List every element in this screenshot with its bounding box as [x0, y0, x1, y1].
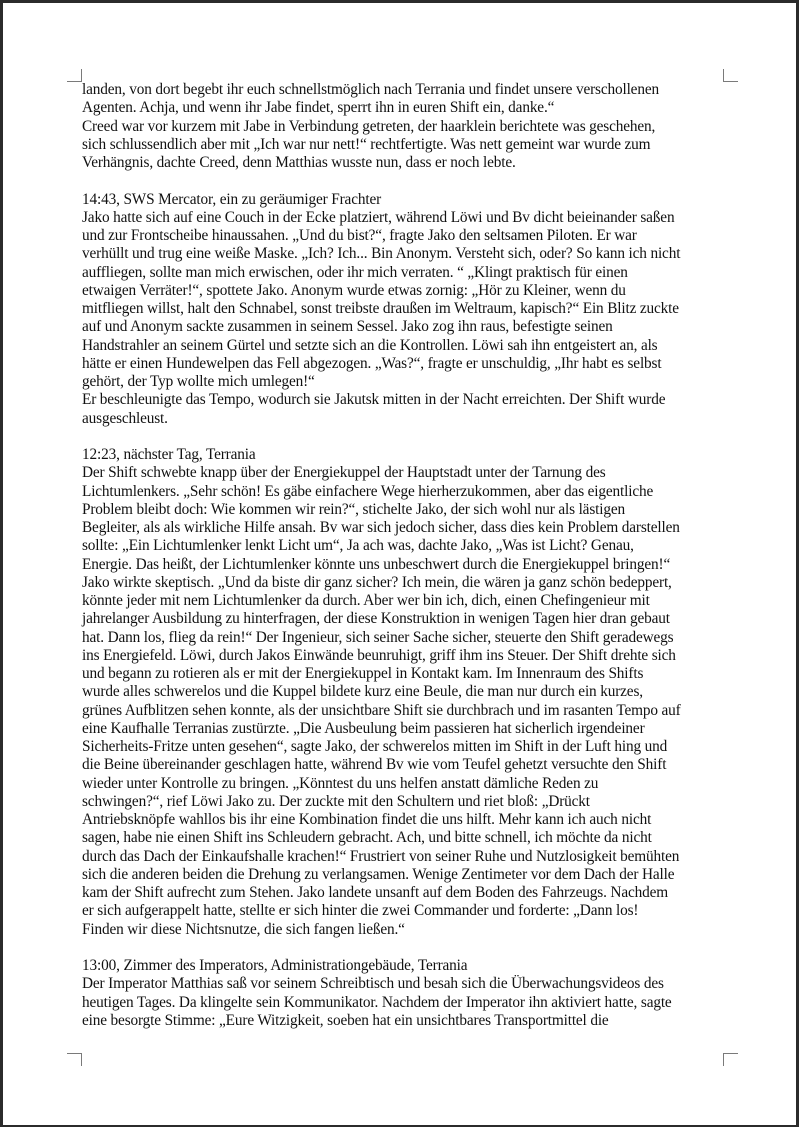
text-line: mitfliegen willst, halt den Schnabel, so…	[82, 300, 732, 318]
text-line: eine besorgte Stimme: „Eure Witzigkeit, …	[82, 1012, 732, 1030]
scene-heading: 14:43, SWS Mercator, ein zu geräumiger F…	[82, 191, 732, 209]
text-line: 12:23, nächster Tag, Terrania	[82, 446, 732, 464]
text-line: und zur Frontscheibe hinaussahen. „Und d…	[82, 227, 732, 245]
text-line: eine Kaufhalle Terranias zustürzte. „Die…	[82, 720, 732, 738]
text-line: Jako hatte sich auf eine Couch in der Ec…	[82, 209, 732, 227]
text-line: hat. Dann los, flieg da rein!“ Der Ingen…	[82, 629, 732, 647]
text-line: heutigen Tages. Da klingelte sein Kommun…	[82, 994, 732, 1012]
paragraph: Creed war vor kurzem mit Jabe in Verbind…	[82, 118, 732, 173]
text-line: jahrelanger Ausbildung zu hinterfragen, …	[82, 610, 732, 628]
paragraph-spacer	[82, 939, 732, 957]
text-line: auf und Anonym sackte zusammen in seinem…	[82, 318, 732, 336]
text-line: grünes Aufblitzen sehen konnte, als der …	[82, 702, 732, 720]
paragraph: landen, von dort begebt ihr euch schnell…	[82, 81, 732, 118]
text-line: schwingen?“, rief Löwi Jako zu. Der zuck…	[82, 793, 732, 811]
text-line: Der Imperator Matthias saß vor seinem Sc…	[82, 975, 732, 993]
text-line: er sich aufgerappelt hatte, stellte er s…	[82, 902, 732, 920]
paragraph: Er beschleunigte das Tempo, wodurch sie …	[82, 391, 732, 428]
text-line: wurde alles schwerelos und die Kuppel bi…	[82, 683, 732, 701]
text-line: Handstrahler an seinem Gürtel und setzte…	[82, 337, 732, 355]
text-line: etwaigen Verräter!“, spottete Jako. Anon…	[82, 282, 732, 300]
text-line: ins Energiefeld. Löwi, durch Jakos Einwä…	[82, 647, 732, 665]
text-line: Problem bleibt doch: Wie kommen wir rein…	[82, 501, 732, 519]
text-line: 14:43, SWS Mercator, ein zu geräumiger F…	[82, 191, 732, 209]
text-line: gehört, der Typ wollte mich umlegen!“	[82, 373, 732, 391]
paragraph: Der Imperator Matthias saß vor seinem Sc…	[82, 975, 732, 1030]
text-line: verhüllt und trug eine weiße Maske. „Ich…	[82, 245, 732, 263]
scene-heading: 13:00, Zimmer des Imperators, Administra…	[82, 957, 732, 975]
text-line: 13:00, Zimmer des Imperators, Administra…	[82, 957, 732, 975]
paragraph: Jako hatte sich auf eine Couch in der Ec…	[82, 209, 732, 392]
text-line: durch das Dach der Einkaufshalle krachen…	[82, 848, 732, 866]
margin-corner-mark-bottom-left	[67, 1053, 82, 1066]
text-line: Finden wir diese Nichtsnutze, die sich f…	[82, 921, 732, 939]
text-line: und begann zu rotieren als er mit der En…	[82, 665, 732, 683]
text-line: könnte jeder mit nem Lichtumlenker da du…	[82, 592, 732, 610]
text-line: Begleiter, als als wirkliche Hilfe ansah…	[82, 519, 732, 537]
text-line: Creed war vor kurzem mit Jabe in Verbind…	[82, 118, 732, 136]
margin-corner-mark-top-left	[67, 69, 82, 82]
text-line: Lichtumlenkers. „Sehr schön! Es gäbe ein…	[82, 483, 732, 501]
text-line: auffliegen, sollte man mich erwischen, o…	[82, 264, 732, 282]
document-body-text[interactable]: landen, von dort begebt ihr euch schnell…	[82, 81, 732, 1030]
paragraph: Der Shift schwebte knapp über der Energi…	[82, 464, 732, 939]
text-line: landen, von dort begebt ihr euch schnell…	[82, 81, 732, 99]
text-line: sich schlussendlich aber mit „Ich war nu…	[82, 136, 732, 154]
text-line: Verhängnis, dachte Creed, denn Matthias …	[82, 154, 732, 172]
text-line: Antriebsknöpfe wahllos bis ihr eine Komb…	[82, 811, 732, 829]
text-line: kam der Shift aufrecht zum Stehen. Jako …	[82, 884, 732, 902]
text-line: sollte: „Ein Lichtumlenker lenkt Licht u…	[82, 537, 732, 555]
document-page: landen, von dort begebt ihr euch schnell…	[0, 0, 799, 1127]
text-line: sagen, habe nie einen Shift ins Schleude…	[82, 829, 732, 847]
text-line: Der Shift schwebte knapp über der Energi…	[82, 464, 732, 482]
text-line: Energie. Das heißt, der Lichtumlenker kö…	[82, 556, 732, 574]
text-line: die Beine übereinander geschlagen hatte,…	[82, 756, 732, 774]
text-line: ausgeschleust.	[82, 410, 732, 428]
text-line: Sicherheits-Fritze unten gesehen“, sagte…	[82, 738, 732, 756]
text-line: hätte er einen Hundewelpen das Fell abge…	[82, 355, 732, 373]
paragraph-spacer	[82, 172, 732, 190]
margin-corner-mark-bottom-right	[723, 1053, 738, 1066]
paragraph-spacer	[82, 428, 732, 446]
text-line: Agenten. Achja, und wenn ihr Jabe findet…	[82, 99, 732, 117]
text-line: Er beschleunigte das Tempo, wodurch sie …	[82, 391, 732, 409]
text-line: wieder unter Kontrolle zu bringen. „Könn…	[82, 775, 732, 793]
text-line: sich die anderen beiden die Drehung zu v…	[82, 866, 732, 884]
text-line: Jako wirkte skeptisch. „Und da biste dir…	[82, 574, 732, 592]
scene-heading: 12:23, nächster Tag, Terrania	[82, 446, 732, 464]
